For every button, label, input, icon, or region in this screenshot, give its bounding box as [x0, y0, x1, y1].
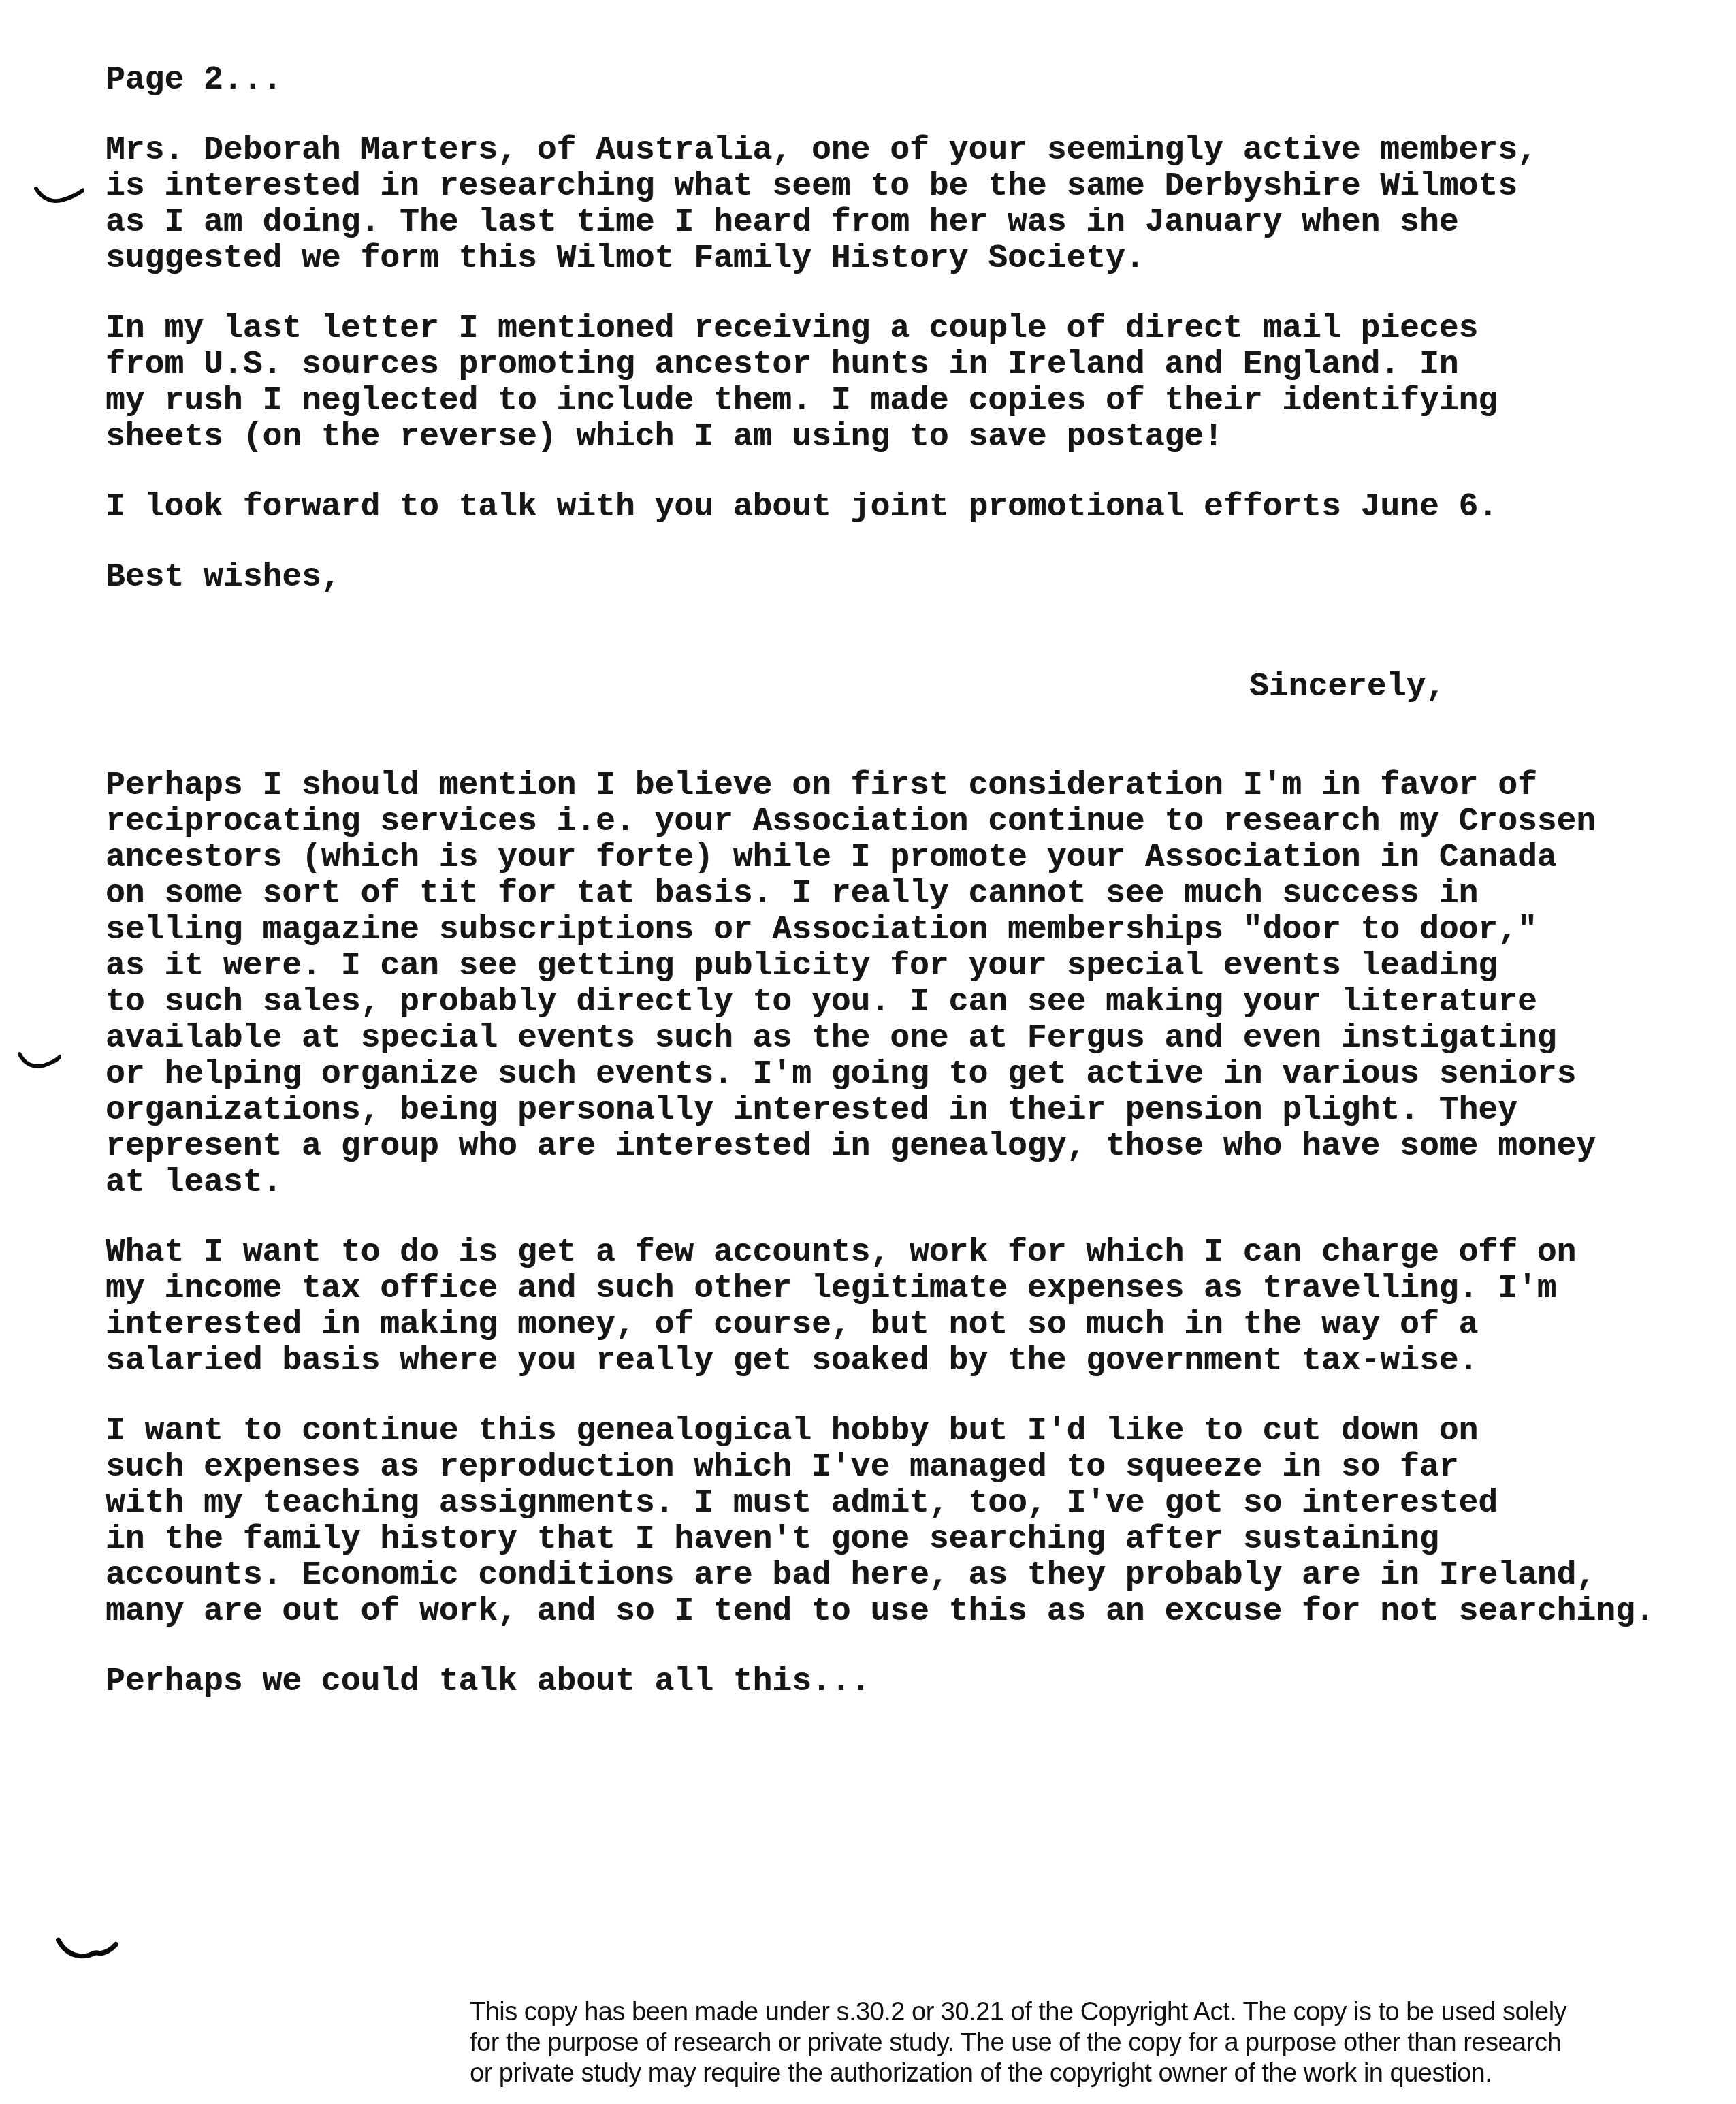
paragraph-reciprocating-services: Perhaps I should mention I believe on fi…: [106, 768, 1705, 1201]
paragraph-direct-mail: In my last letter I mentioned receiving …: [106, 311, 1705, 456]
curved-pen-stroke-icon: [18, 1047, 61, 1073]
scanned-letter-page: Page 2... Mrs. Deborah Marters, of Austr…: [0, 0, 1736, 2104]
page-number-label: Page 2...: [106, 63, 1705, 99]
paragraph-genealogical-hobby: I want to continue this genealogical hob…: [106, 1414, 1705, 1630]
paragraph-accounts-taxes: What I want to do is get a few accounts,…: [106, 1235, 1705, 1380]
paragraph-look-forward: I look forward to talk with you about jo…: [106, 490, 1705, 526]
signature-sincerely: Sincerely,: [1249, 669, 1705, 705]
copyright-act-notice: This copy has been made under s.30.2 or …: [470, 1997, 1709, 2089]
curved-pen-stroke-icon: [54, 1936, 120, 1960]
paragraph-talk-about-this: Perhaps we could talk about all this...: [106, 1664, 1705, 1700]
closing-best-wishes: Best wishes,: [106, 560, 1705, 596]
curved-pen-stroke-icon: [34, 184, 84, 206]
typed-letter-body: Page 2... Mrs. Deborah Marters, of Austr…: [106, 63, 1705, 1734]
paragraph-members: Mrs. Deborah Marters, of Australia, one …: [106, 133, 1705, 277]
